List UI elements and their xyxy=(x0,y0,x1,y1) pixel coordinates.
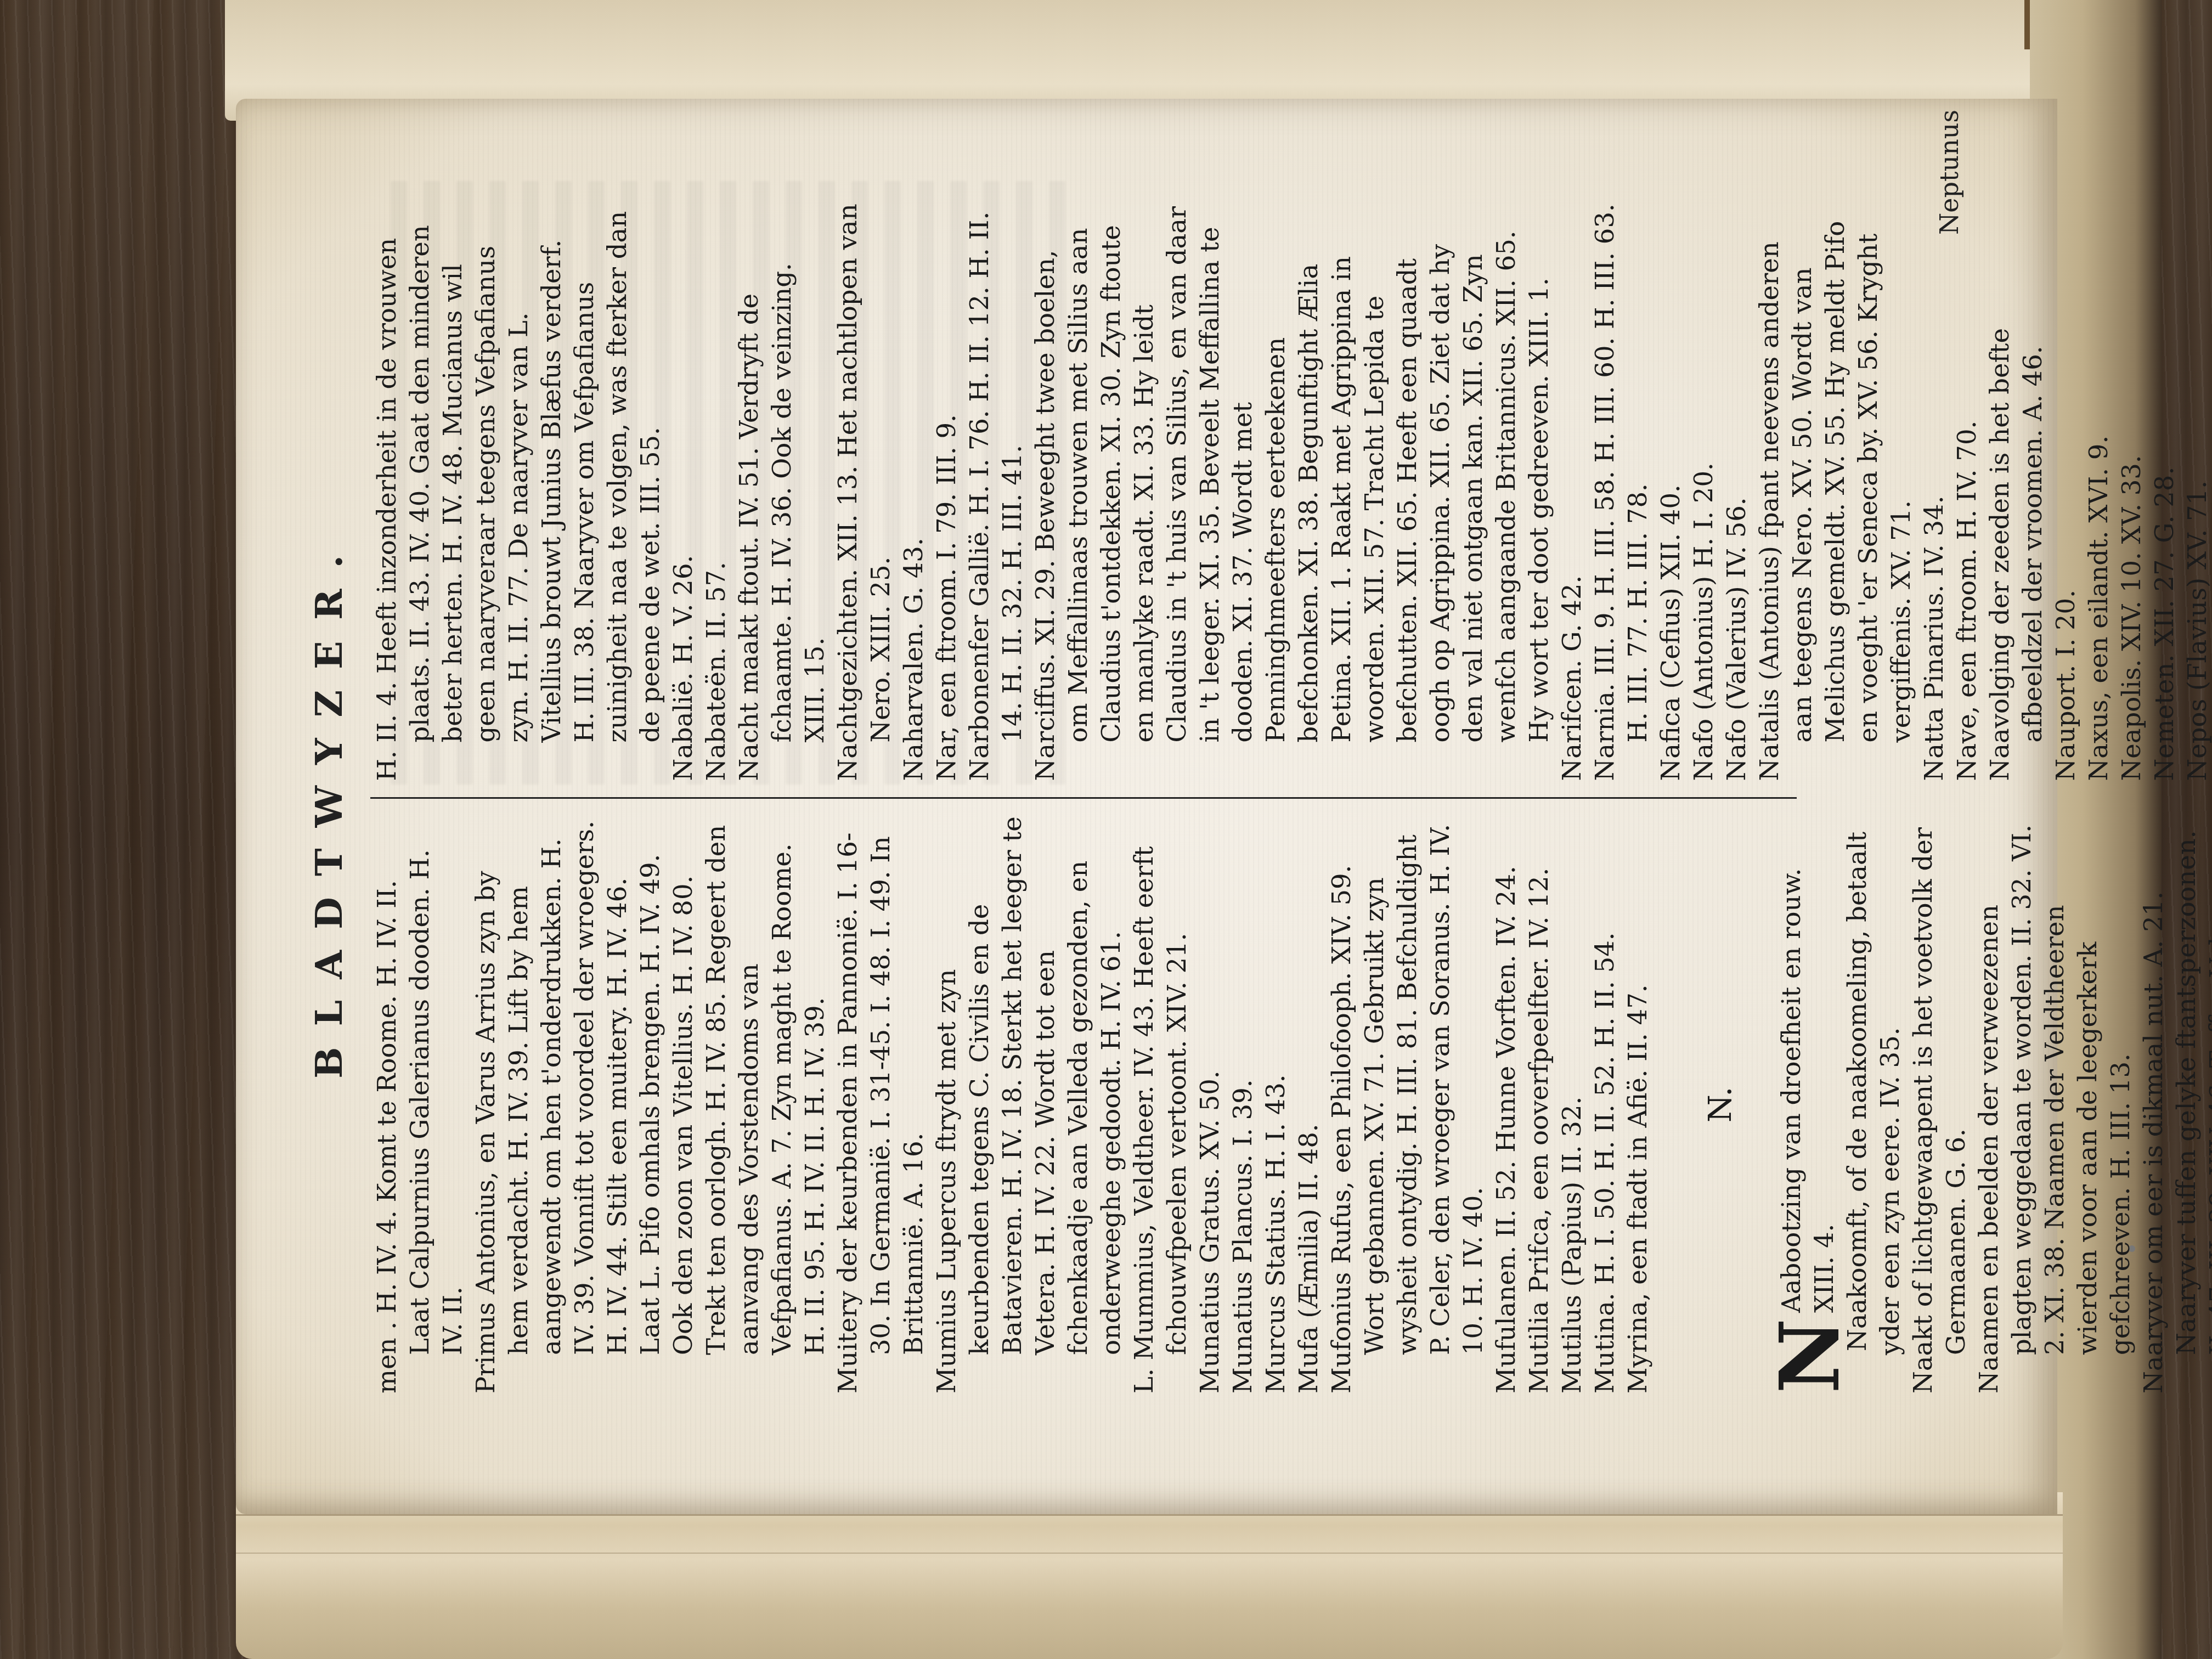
index-entry: Nafo (Valerius) IV. 56. xyxy=(1720,203,1753,781)
book-page: BLADTWYZER. men . H. IV. 4. Komt te Room… xyxy=(236,99,2057,1514)
index-entry: Naakt of lichtgewaapent is het voetvolk … xyxy=(1906,816,1972,1394)
index-entry: Mutina. H. I. 50. H. II. 52. H. II. 54. xyxy=(1588,816,1621,1394)
running-head: BLADTWYZER. xyxy=(307,99,351,1514)
index-entry: Myrina, een ftadt in Afië. II. 47. xyxy=(1621,816,1654,1394)
page-text-frame: BLADTWYZER. men . H. IV. 4. Komt te Room… xyxy=(236,99,2057,1514)
index-entry: Natta Pinarius. IV. 34. xyxy=(1917,203,1950,781)
drop-cap: N xyxy=(1777,1318,1843,1393)
index-entry: men . H. IV. 4. Komt te Roome. H. IV. II… xyxy=(370,816,469,1394)
index-entry: Narifcen. G. 42. xyxy=(1555,203,1588,781)
index-entry: L. Mummius, Veldtheer. IV. 43. Heeft eer… xyxy=(1127,816,1193,1394)
index-entry: Primus Antonius, en Varus Arrius zyn by … xyxy=(469,816,831,1394)
index-columns: men . H. IV. 4. Komt te Roome. H. IV. II… xyxy=(370,187,1797,1410)
index-entry: Murcus Statius. H. I. 43. xyxy=(1259,816,1292,1394)
index-entry: Narnia. III. 9. H. III. 58. H. III. 60. … xyxy=(1588,203,1654,781)
index-entry: Naxus, een eilandt. XVI. 9. xyxy=(2082,203,2115,781)
page-block-edge xyxy=(236,1492,2063,1659)
index-entry: Naavolging der zeeden is het befte afbee… xyxy=(1983,203,2049,781)
index-entry: Mutilia Prifca, een ooverfpeelfter. IV. … xyxy=(1522,816,1555,1394)
index-entry: Nar, een ftroom. I. 79. III. 9. xyxy=(930,203,963,781)
index-entry: Mutilus (Papius) II. 32. xyxy=(1555,816,1588,1394)
index-entry: Munatius Plancus. I. 39. xyxy=(1226,816,1259,1394)
index-entry: Mufulanen. II. 52. Hunne Vorften. IV. 24… xyxy=(1489,816,1522,1394)
index-entry: Mumius Lupercus ftrydt met zyn keurbende… xyxy=(930,816,1127,1394)
index-entry: N Aabootzing van droefheit en rouw. XIII… xyxy=(1775,816,1841,1394)
index-entry: Naakoomft, of de naakoomeling, betaalt y… xyxy=(1841,816,1906,1394)
index-entry: Narbonenfer Gallië. H. I. 76. H. II. 12.… xyxy=(963,203,1029,781)
left-column: men . H. IV. 4. Komt te Roome. H. IV. II… xyxy=(370,798,1797,1410)
index-entry: Naamen en beelden der verweezenen plagte… xyxy=(1972,816,2137,1394)
index-entry: H. II. 4. Heeft inzonderheit in de vrouw… xyxy=(370,203,667,781)
index-entry: Nepos (Flavius) XV. 71. xyxy=(2181,203,2212,781)
index-entry: Nacht maakt ftout. IV. 51. Verdryft de f… xyxy=(732,203,831,781)
index-entry: Nafo (Antonius) H. I. 20. xyxy=(1687,203,1720,781)
index-entry: Mufonius Rufus, een Philofooph. XIV. 59.… xyxy=(1325,816,1489,1394)
entry-text: Aabootzing van droefheit en rouw. XIII. … xyxy=(1776,868,1839,1313)
index-entry: Munatius Gratus. XV. 50. xyxy=(1193,816,1226,1394)
index-entry: Nemeten. XII. 27. G. 28. xyxy=(2148,203,2181,781)
section-heading-n: N. xyxy=(1703,816,1736,1394)
index-entry: Nabateën. II. 57. xyxy=(699,203,732,781)
index-entry: Nachtgezichten. XII. 13. Het nachtlopen … xyxy=(831,203,897,781)
index-entry: Narciffus. XI. 29. Beweeght twee boelen,… xyxy=(1029,203,1555,781)
index-entry: Neapolis. XIV. 10. XV. 33. xyxy=(2115,203,2148,781)
catchword: Neptunus xyxy=(1934,110,1964,235)
index-entry: Natalis (Antonius) fpant neevens anderen… xyxy=(1753,203,1917,781)
index-entry: Nafica (Cefius) XII. 40. xyxy=(1654,203,1687,781)
right-column: H. II. 4. Heeft inzonderheit in de vrouw… xyxy=(370,187,1797,798)
index-entry: Nabalië. H. V. 26. xyxy=(667,203,699,781)
index-entry: Nave, een ftroom. H. IV. 70. xyxy=(1950,203,1983,781)
index-entry: Nauport. I. 20. xyxy=(2049,203,2082,781)
index-entry: Naharvalen. G. 43. xyxy=(897,203,930,781)
index-entry: Muitery der keurbenden in Pannonië. I. 1… xyxy=(831,816,930,1394)
index-entry: Naaryver om eer is dikmaal nut. A. 21. N… xyxy=(2137,816,2212,1394)
index-entry: Mufa (Æmilia) II. 48. xyxy=(1292,816,1325,1394)
